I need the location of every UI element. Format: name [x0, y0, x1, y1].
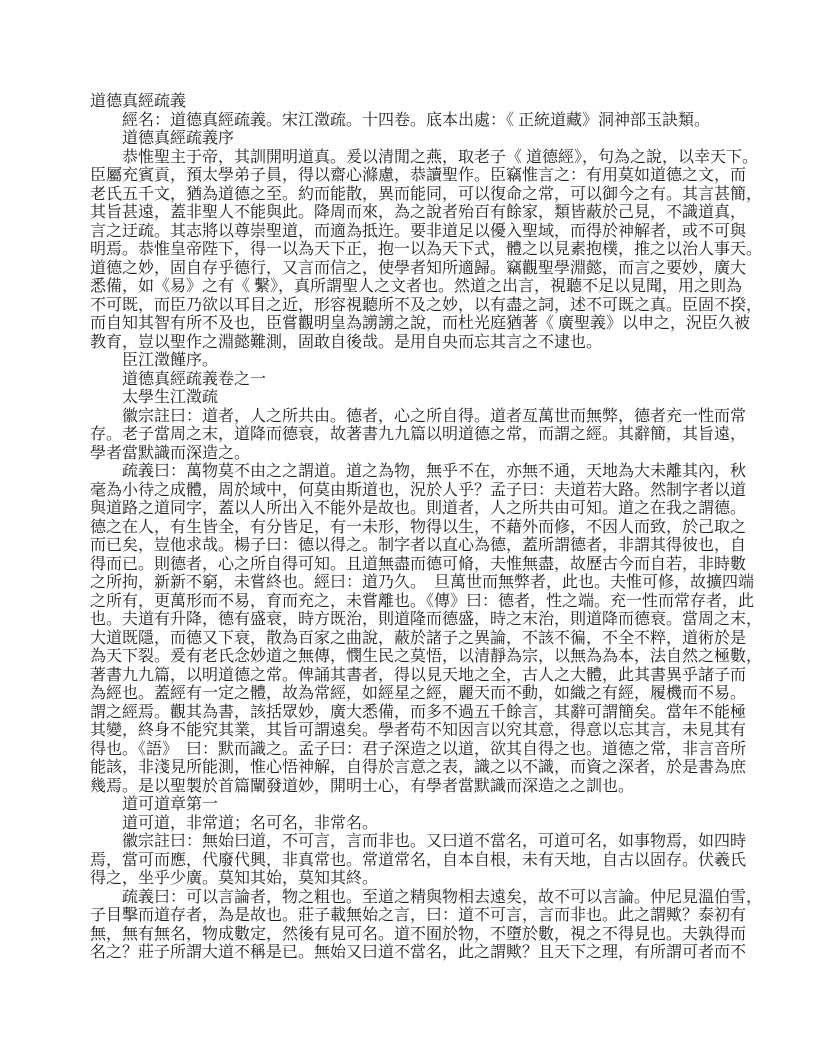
text-line: 不可既，而臣乃欲以耳目之近，形容視聽所不及之妙，以有盡之詞，述不可既之真。臣固不… [90, 297, 738, 316]
text-line: 之所有，更萬形而不易，育而充之，未嘗離也。《傳》曰：德者，性之端。充一性而常存者… [90, 593, 738, 612]
text-line: 道德之妙，固自存乎德行，又言而信之，使學者知所適歸。竊觀聖學淵懿，而言之要妙，廣… [90, 260, 738, 279]
text-line: 著書九九篇，以明道德之常。俾誦其書者，得以見天地之全，古人之大體，此其書異乎諸子… [90, 667, 738, 686]
text-line: 能該，非淺見所能測，惟心悟神解，自得於言意之表，識之以不識，而資之深者，於是書為… [90, 759, 738, 778]
text-line: 而已矣，豈他求哉。楊子曰：德以得之。制字者以直心為德，蓋所謂德者，非謂其得彼也，… [90, 537, 738, 556]
text-line: 無，無有無名，物成數定，然後有見可名。道不囿於物，不墮於數，視之不得見也。夫孰得… [90, 926, 738, 945]
text-line: 德之在人，有生皆全，有分皆足，有一未形，物得以生，不藉外而修，不因人而致，於己取… [90, 519, 738, 538]
text-line: 存。老子當周之末，道降而德衰，故著書九九篇以明道德之常，而謂之經。其辭簡，其旨遠… [90, 426, 738, 445]
text-line: 徽宗註曰：無始曰道，不可言，言而非也。又曰道不當名，可道可名，如事物焉，如四時 [90, 833, 738, 852]
text-line: 老氏五千文，猶為道德之至。約而能散，異而能同，可以復命之常，可以御今之有。其言甚… [90, 186, 738, 205]
text-line: 其旨甚遠，蓋非聖人不能與此。降周而來，為之說者殆百有餘家，類皆蔽於己見，不識道真… [90, 204, 738, 223]
text-line: 太學生江澂疏 [90, 389, 738, 408]
text-line: 為經也。蓋經有一定之體，故為常經，如經星之經，麗天而不動，如織之有經，履機而不易… [90, 685, 738, 704]
text-line: 焉，當可而應，代廢代興，非真常也。常道常名，自本自根，未有天地，自古以固存。伏羲… [90, 852, 738, 871]
text-line: 學者當默識而深造之。 [90, 445, 738, 464]
text-line: 臣屬充賓貢，預太學弟子員，得以齋心滌慮，恭讀聖作。臣竊惟言之：有用莫如道德之文，… [90, 167, 738, 186]
text-line: 言之迂疏。其志將以尊崇聖道，而適為抵迕。要非道足以優入聖域，而得於神解者，或不可… [90, 223, 738, 242]
text-line: 疏義曰：可以言論者，物之粗也。至道之精與物相去遠矣，故不可以言論。仲尼見溫伯雪， [90, 889, 738, 908]
text-line: 得而已。則德者，心之所自得可知。且道無盡而德可脩，夫惟無盡，故歷古今而自若，非時… [90, 556, 738, 575]
text-line: 道可道章第一 [90, 796, 738, 815]
text-line: 道可道，非常道；名可名，非常名。 [90, 815, 738, 834]
text-line: 也。夫道有升降，德有盛衰，時方既治，則道隆而德盛，時之末治，則道降而德衰。當周之… [90, 611, 738, 630]
text-line: 教育，豈以聖作之淵懿難測，固敢自後哉。是用自央而忘其言之不逮也。 [90, 334, 738, 353]
text-block: 道德真經疏義經名：道德真經疏義。宋江澂疏。十四卷。底本出處：《 正統道藏》洞神部… [90, 93, 738, 963]
text-line: 徽宗註曰：道者，人之所共由。德者，心之所自得。道者亙萬世而無弊，德者充一性而常 [90, 408, 738, 427]
text-line: 明焉。恭惟皇帝陛下，得一以為天下正，抱一以為天下式，體之以見素抱樸，推之以治人事… [90, 241, 738, 260]
text-line: 大道既隱，而德又下衰，散為百家之曲說，蔽於諸子之異論，不該不徧，不全不粹，道術於… [90, 630, 738, 649]
text-line: 毫為小待之成體，周於域中，何莫由斯道也，況於人乎？孟子曰：夫道若大路。然制字者以… [90, 482, 738, 501]
text-line: 為天下裂。爰有老氏念妙道之無傳，憫生民之莫悟，以清靜為宗，以無為為本，法自然之極… [90, 648, 738, 667]
text-line: 而自知其智有所不及也，臣嘗觀明皇為謭謭之說，而杜光庭猶著《 廣聖義》以申之，況臣… [90, 315, 738, 334]
text-line: 與道路之道同字，蓋以人所出入不能外是故也。則道者，人之所共由可知。道之在我之謂德… [90, 500, 738, 519]
text-line: 得也。《語》 曰：默而識之。孟子曰：君子深造之以道，欲其自得之也。道德之常，非言… [90, 741, 738, 760]
text-line: 幾焉。是以聖製於首篇闡發道妙，開明士心，有學者當默識而深造之之訓也。 [90, 778, 738, 797]
document-title-line: 道德真經疏義 [90, 93, 738, 112]
text-line: 名之？莊子所謂大道不稱是已。無始又曰道不當名，此之謂歟？且天下之理，有所謂可者而… [90, 944, 738, 963]
text-line: 其變，終身不能究其業，其旨可謂遠矣。學者苟不知因言以究其意，得意以忘其言，未見其… [90, 722, 738, 741]
text-line: 恭惟聖主于帝，其訓開明道真。爰以清閒之燕，取老子《 道德經》，句為之說，以幸天下… [90, 149, 738, 168]
text-line: 謂之經焉。觀其為書，該括眾妙，廣大悉備，而多不過五千餘言，其辭可謂簡矣。當年不能… [90, 704, 738, 723]
text-line: 之所拘，新新不窮，未嘗終也。經曰：道乃久。 旦萬世而無弊者，此也。夫惟可修，故擴… [90, 574, 738, 593]
text-line: 子目擊而道存者，為是故也。莊子載無始之言，曰：道不可言，言而非也。此之謂歟？泰初… [90, 907, 738, 926]
text-line: 疏義曰：萬物莫不由之之謂道。道之為物，無乎不在，亦無不通，天地為大未離其內，秋 [90, 463, 738, 482]
text-line: 得之，坐乎少廣。莫知其始，莫知其終。 [90, 870, 738, 889]
text-line: 道德真經疏義序 [90, 130, 738, 149]
text-line: 臣江澂饉序。 [90, 352, 738, 371]
text-line: 經名：道德真經疏義。宋江澂疏。十四卷。底本出處：《 正統道藏》洞神部玉訣類。 [90, 112, 738, 131]
document-page: 道德真經疏義經名：道德真經疏義。宋江澂疏。十四卷。底本出處：《 正統道藏》洞神部… [0, 0, 816, 1056]
text-line: 道德真經疏義卷之一 [90, 371, 738, 390]
text-line: 悉備，如《易》之有《 繫》，真所謂聖人之文者也。然道之出言，視聽不足以見聞，用之… [90, 278, 738, 297]
